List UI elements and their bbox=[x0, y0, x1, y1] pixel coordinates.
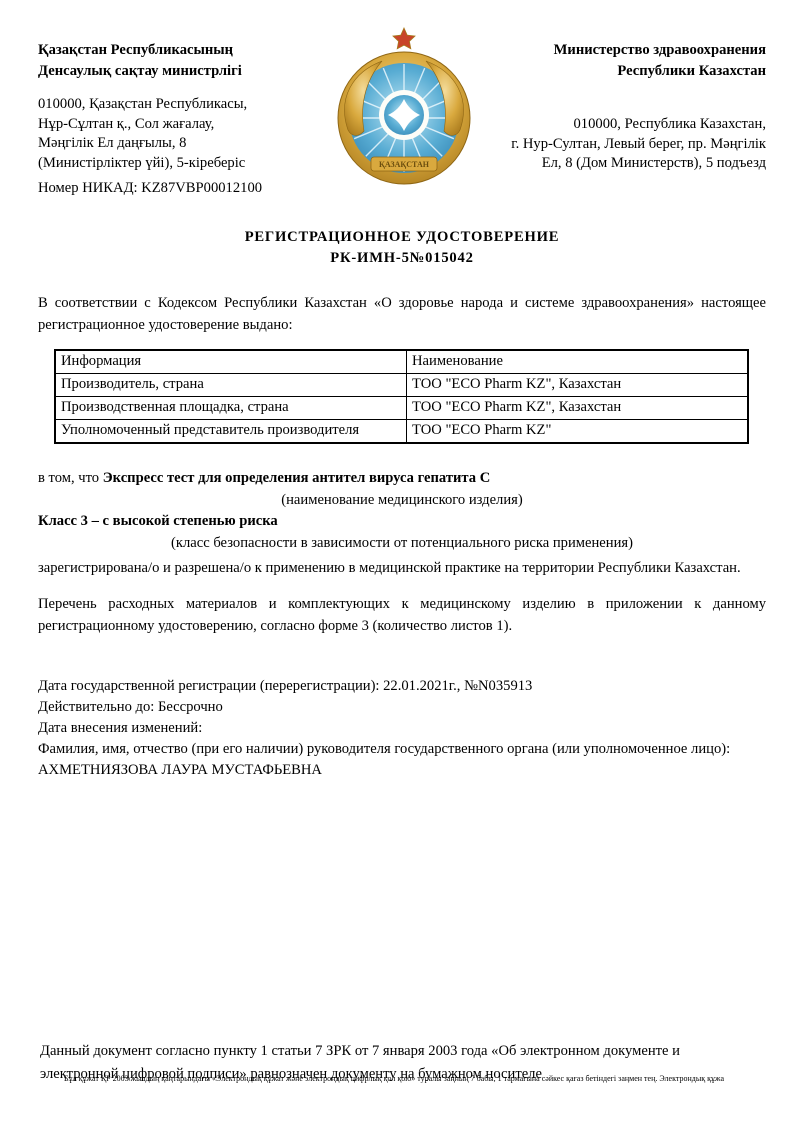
emblem-star bbox=[393, 28, 415, 49]
ministry-address-kk: 010000, Қазақстан Республикасы, Нұр-Сұлт… bbox=[38, 95, 334, 173]
intro-paragraph: В соответствии с Кодексом Республики Каз… bbox=[38, 293, 766, 335]
risk-class-caption: (класс безопасности в зависимости от пот… bbox=[38, 535, 766, 552]
consumables-paragraph: Перечень расходных материалов и комплект… bbox=[38, 594, 766, 638]
table-header-row: Информация Наименование bbox=[55, 350, 748, 374]
table-row: Уполномоченный представитель производите… bbox=[55, 419, 748, 443]
ministry-name-kk-line2: Денсаулық сақтау министрлігі bbox=[38, 61, 334, 82]
ministry-name-ru-line1: Министерство здравоохранения bbox=[474, 40, 766, 61]
device-name-caption: (наименование медицинского изделия) bbox=[38, 492, 766, 509]
device-name-line: в том, что Экспресс тест для определения… bbox=[38, 470, 766, 487]
table-cell-label: Уполномоченный представитель производите… bbox=[55, 419, 407, 443]
table-cell-label: Производитель, страна bbox=[55, 373, 407, 396]
emblem-banner: ҚАЗАҚСТАН bbox=[371, 157, 437, 171]
address-kk-line: 010000, Қазақстан Республикасы, bbox=[38, 95, 334, 114]
registration-date-line: Дата государственной регистрации (перере… bbox=[38, 676, 766, 697]
device-name-prefix: в том, что bbox=[38, 470, 103, 486]
table-header-name: Наименование bbox=[407, 350, 749, 374]
document-title-line1: РЕГИСТРАЦИОННОЕ УДОСТОВЕРЕНИЕ bbox=[38, 227, 766, 248]
ministry-name-kk-line1: Қазақстан Республикасының bbox=[38, 40, 334, 61]
registration-info-table: Информация Наименование Производитель, с… bbox=[54, 349, 749, 444]
legal-note-kazakh-small: Бұл құжат ҚР 2003 жылдың қаңтарындағы «Э… bbox=[64, 1074, 792, 1083]
ministry-name-kk: Қазақстан Республикасының Денсаулық сақт… bbox=[38, 40, 334, 81]
address-ru-line: г. Нур-Султан, Левый берег, пр. Мәңгілік bbox=[474, 135, 766, 154]
table-header-information: Информация bbox=[55, 350, 407, 374]
document-number: РК-ИМН-5№015042 bbox=[38, 248, 766, 269]
address-kk-line: (Министірліктер үйі), 5-кіреберіс bbox=[38, 154, 334, 173]
table-row: Производственная площадка, страна ТОО "E… bbox=[55, 396, 748, 419]
head-official-line: Фамилия, имя, отчество (при его наличии)… bbox=[38, 739, 766, 781]
amendment-date-line: Дата внесения изменений: bbox=[38, 718, 766, 739]
ministry-name-ru: Министерство здравоохранения Республики … bbox=[474, 40, 766, 81]
registered-paragraph: зарегистрирована/о и разрешена/о к приме… bbox=[38, 558, 766, 580]
table-cell-value: ТОО "ECO Pharm KZ" bbox=[407, 419, 749, 443]
device-name: Экспресс тест для определения антител ви… bbox=[103, 470, 491, 486]
address-kk-line: Мәңгілік Ел даңғылы, 8 bbox=[38, 134, 334, 153]
registration-details: Дата государственной регистрации (перере… bbox=[38, 676, 766, 781]
table-row: Производитель, страна ТОО "ECO Pharm KZ"… bbox=[55, 373, 748, 396]
ministry-address-ru: 010000, Республика Казахстан, г. Нур-Сул… bbox=[474, 115, 766, 173]
table-cell-label: Производственная площадка, страна bbox=[55, 396, 407, 419]
address-ru-line: Ел, 8 (Дом Министерств), 5 подъезд bbox=[474, 154, 766, 173]
document-header: Қазақстан Республикасының Денсаулық сақт… bbox=[38, 40, 766, 197]
risk-class: Класс 3 – с высокой степенью риска bbox=[38, 513, 766, 530]
emblem-banner-text: ҚАЗАҚСТАН bbox=[379, 160, 430, 169]
kazakhstan-coat-of-arms: ҚАЗАҚСТАН bbox=[334, 26, 474, 193]
table-cell-value: ТОО "ECO Pharm KZ", Казахстан bbox=[407, 373, 749, 396]
issuer-block-kazakh: Қазақстан Республикасының Денсаулық сақт… bbox=[38, 40, 334, 197]
document-title: РЕГИСТРАЦИОННОЕ УДОСТОВЕРЕНИЕ РК-ИМН-5№0… bbox=[38, 227, 766, 269]
valid-until-line: Действительно до: Бессрочно bbox=[38, 697, 766, 718]
coat-of-arms-icon: ҚАЗАҚСТАН bbox=[335, 26, 473, 188]
registration-certificate-page: Қазақстан Республикасының Денсаулық сақт… bbox=[0, 0, 794, 1123]
emblem-shanyrak bbox=[379, 90, 429, 140]
address-kk-line: Нұр-Сұлтан қ., Сол жағалау, bbox=[38, 115, 334, 134]
nikad-number: Номер НИКАД: KZ87VBP00012100 bbox=[38, 180, 334, 197]
address-ru-line: 010000, Республика Казахстан, bbox=[474, 115, 766, 134]
issuer-block-russian: Министерство здравоохранения Республики … bbox=[474, 40, 766, 174]
table-cell-value: ТОО "ECO Pharm KZ", Казахстан bbox=[407, 396, 749, 419]
ministry-name-ru-line2: Республики Казахстан bbox=[474, 61, 766, 82]
